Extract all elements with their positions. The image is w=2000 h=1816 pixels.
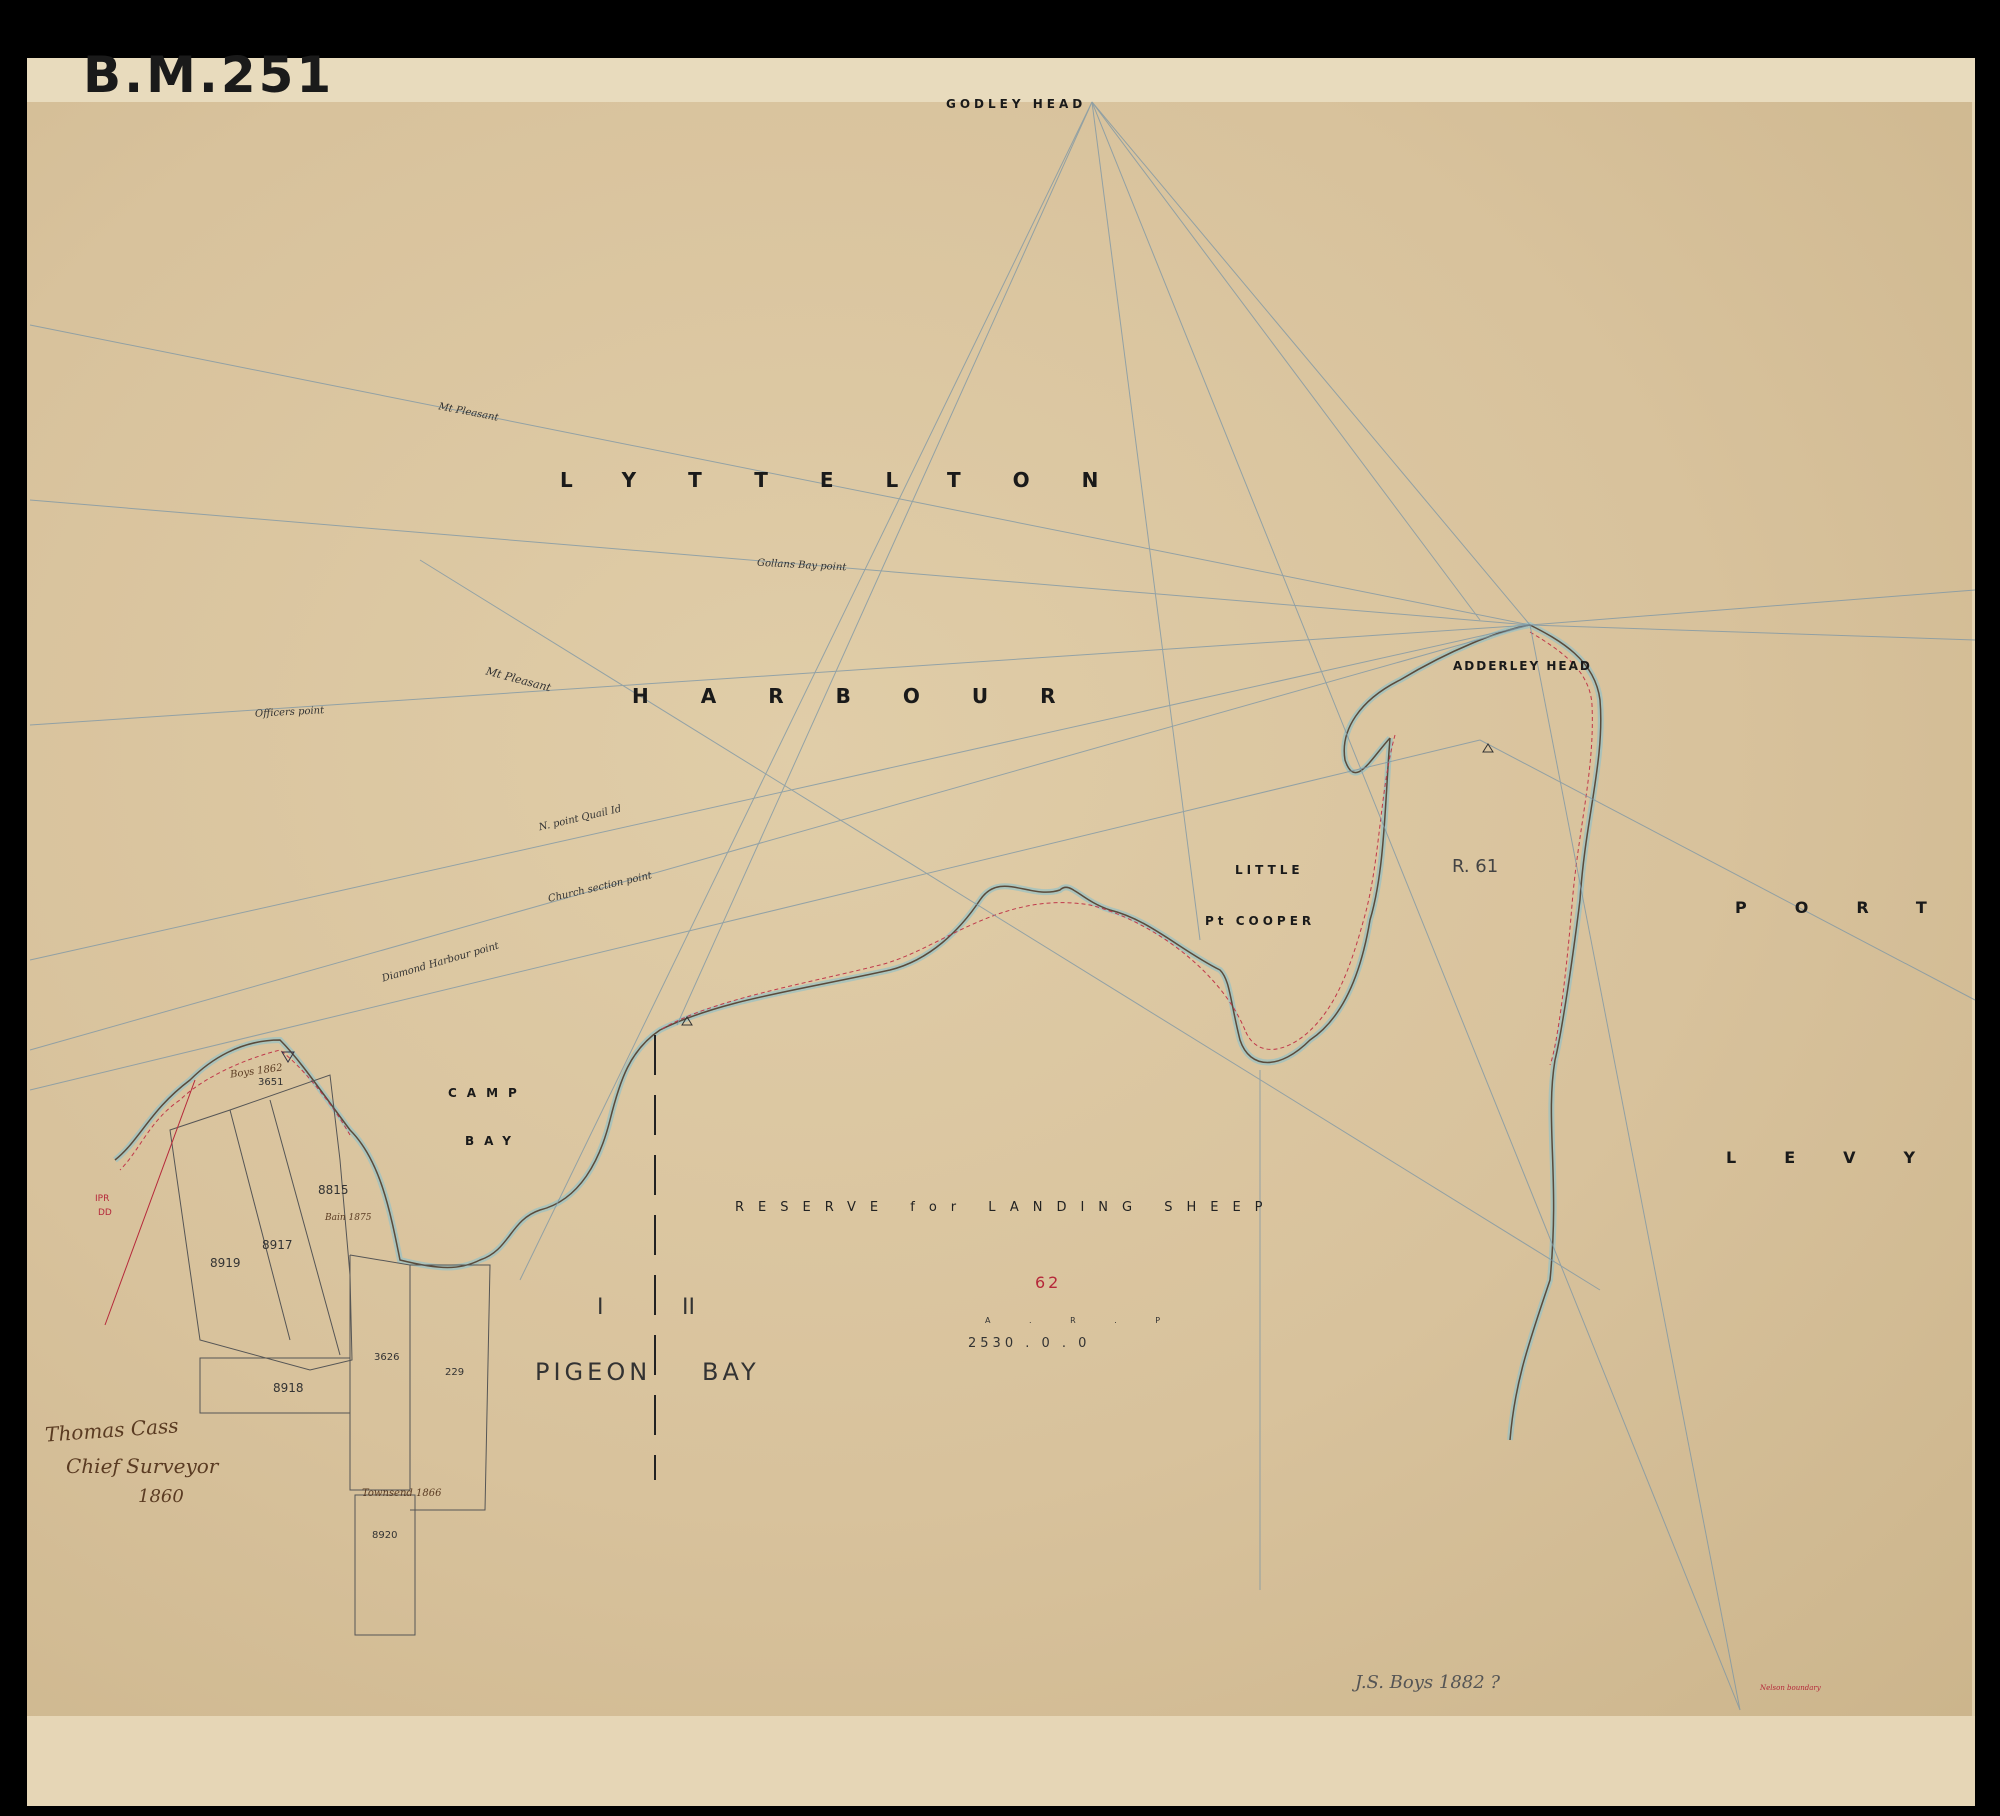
marker-ipr: IPR	[95, 1194, 109, 1204]
section-229: 229	[445, 1367, 464, 1378]
section-8920-note: Townsend 1866	[362, 1488, 441, 1499]
label-pt-cooper: Pt COOPER	[1205, 914, 1315, 928]
section-8815-note: Bain 1875	[325, 1213, 371, 1223]
signature-boys: J.S. Boys 1882 ?	[1355, 1672, 1500, 1693]
label-little: LITTLE	[1235, 863, 1304, 877]
section-boundaries	[170, 1075, 490, 1635]
reserve-r61-label: R. 61	[1452, 856, 1498, 877]
nelson-boundary-label: Nelson boundary	[1760, 1684, 1821, 1692]
label-port: PORT	[1735, 898, 1975, 917]
reserve-area: 2530 . 0 . 0	[968, 1336, 1090, 1351]
triangulation-lines	[30, 102, 1975, 1710]
label-godley-head: GODLEY HEAD	[946, 97, 1086, 111]
marker-dd: DD	[98, 1208, 112, 1218]
label-adderley-head: ADDERLEY HEAD	[1453, 659, 1592, 673]
reserve-area-units: A . R . P	[985, 1316, 1178, 1325]
signature-surveyor-title: Chief Surveyor	[66, 1454, 218, 1478]
label-pigeon: PIGEON	[535, 1358, 651, 1386]
section-3651: 3651	[258, 1077, 283, 1088]
section-8815: 8815	[318, 1183, 349, 1197]
section-8920: 8920	[372, 1530, 397, 1541]
section-8917: 8917	[262, 1238, 293, 1252]
block-i-label: I	[597, 1295, 604, 1320]
coastline	[115, 625, 1601, 1440]
section-3626: 3626	[374, 1352, 399, 1363]
signature-surveyor-year: 1860	[138, 1486, 184, 1507]
reserve-title: RESERVE for LANDING SHEEP	[735, 1200, 1277, 1215]
trig-station-icon	[1483, 744, 1493, 752]
block-ii-label: II	[682, 1295, 695, 1320]
survey-linework	[0, 0, 2000, 1816]
label-harbour: HARBOUR	[632, 684, 1108, 708]
label-camp-bay: BAY	[465, 1134, 521, 1148]
label-pigeon-bay: BAY	[702, 1358, 760, 1386]
section-8918: 8918	[273, 1381, 304, 1395]
section-8919: 8919	[210, 1256, 241, 1270]
label-camp: CAMP	[448, 1086, 527, 1100]
label-lyttelton: LYTTELTON	[560, 468, 1150, 492]
red-boundary-line	[120, 632, 1592, 1170]
reserve-number: 62	[1035, 1273, 1061, 1292]
label-levy: LEVY	[1726, 1148, 1963, 1167]
coastline-water-tint	[115, 625, 1601, 1440]
